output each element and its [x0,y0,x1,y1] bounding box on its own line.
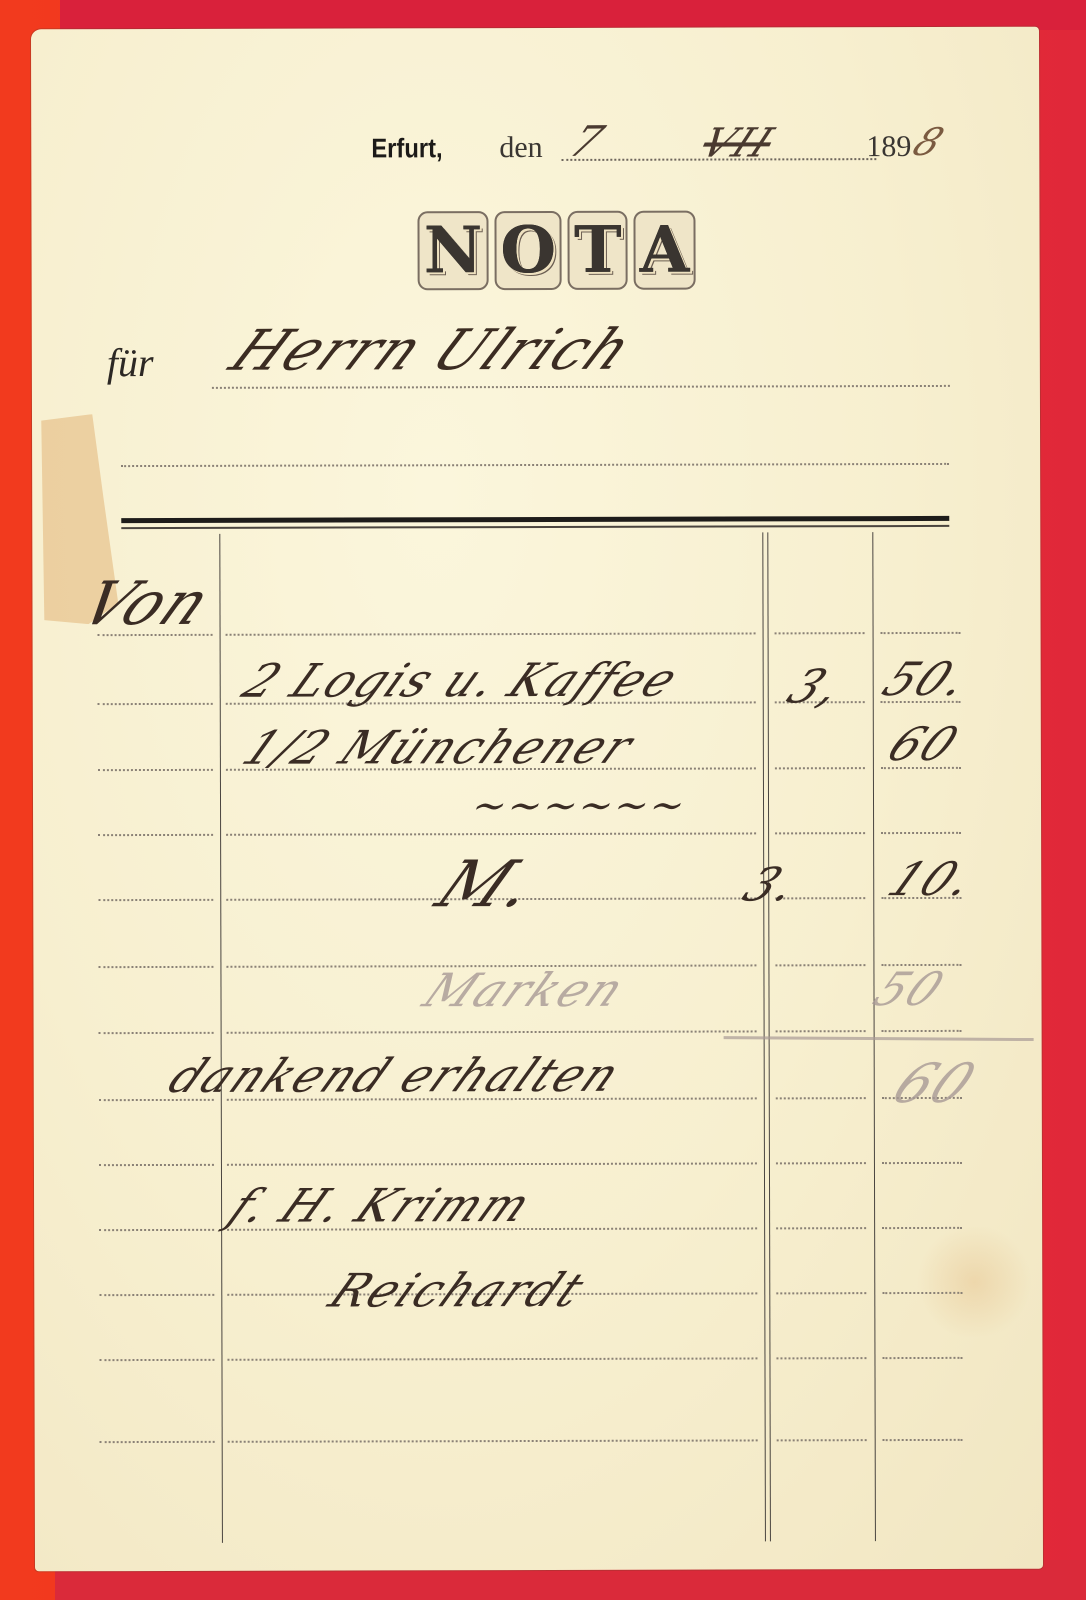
row-dots [881,832,961,834]
entry-pencil-pfennig: 50 [864,962,955,1016]
row-dots [776,1097,866,1099]
row-dots [776,1227,866,1229]
entry-pfennig: 60 [879,717,970,771]
title-letter: A [634,211,696,290]
row-dots [882,1030,962,1032]
city-label: Erfurt, [371,133,442,164]
signature-line-1: f. H. Krimm [220,1178,543,1233]
row-dots [227,1357,757,1360]
row-dots [99,1032,214,1034]
row-dots [99,1164,214,1166]
header-rule-thin [121,525,949,529]
page-title: NOTA [396,211,716,291]
header-rule-thick [121,516,949,523]
row-dots [227,1030,757,1033]
row-dots [775,964,865,966]
entry-description: 1/2 Münchener [234,720,645,775]
row-dots [776,1162,866,1164]
row-dots [775,767,865,769]
entry-description: 2 Logis u. Kaffee [233,653,689,708]
recipient-dotted-line [212,385,950,389]
row-dots [99,1294,214,1296]
row-dots [226,632,756,635]
row-dots [881,632,961,634]
signature-line-2: Reichardt [320,1263,596,1318]
entry-pfennig: 50. [873,652,981,706]
row-dots [227,1162,757,1165]
title-letter: O [494,211,562,290]
row-dots [882,1292,962,1294]
row-dots [98,769,213,771]
row-dots [98,966,213,968]
paper-stain-icon [914,1227,1034,1337]
entry-mark: 3, [778,659,854,713]
row-dots [775,632,865,634]
entry-mark: 3. [734,857,810,911]
year-handwritten: 8 [906,120,953,164]
row-dots [100,1441,215,1443]
row-dots [99,1229,214,1231]
row-dots [98,834,213,836]
date-line: Erfurt, den 7 VII 189 8 [371,130,991,172]
address-dotted-line [121,463,949,467]
invoice-paper: Erfurt, den 7 VII 189 8 NOTA für Herrn U… [31,27,1043,1572]
title-letter: N [418,211,489,290]
row-dots [776,1292,866,1294]
entry-description: dankend erhalten [159,1048,631,1103]
title-letter: T [568,211,628,290]
row-dots [882,1357,962,1359]
row-dots [99,1359,214,1361]
row-dots [98,899,213,901]
row-dots [776,1030,866,1032]
row-dots [883,1439,963,1441]
row-dots [228,1439,758,1442]
year-printed: 189 [866,130,911,164]
entry-description: M. [424,848,553,922]
row-dots [226,832,756,835]
date-prefix: den [499,131,542,165]
recipient-name: Herrn Ulrich [218,318,646,384]
entry-pencil-pfennig: 60 [882,1052,988,1115]
row-dots [776,1357,866,1359]
background-top [60,0,1086,30]
row-dots [775,832,865,834]
entry-pfennig: 10. [879,852,987,906]
pencil-strike-line [724,1036,1034,1041]
row-dots [98,703,213,705]
row-dots [882,1162,962,1164]
recipient-label: für [107,339,154,386]
total-underline: ~~~~~~ [465,783,695,830]
entry-pencil-description: Marken [414,963,636,1018]
column-divider-margin [219,534,223,1543]
row-dots [882,1227,962,1229]
row-dots [777,1439,867,1441]
